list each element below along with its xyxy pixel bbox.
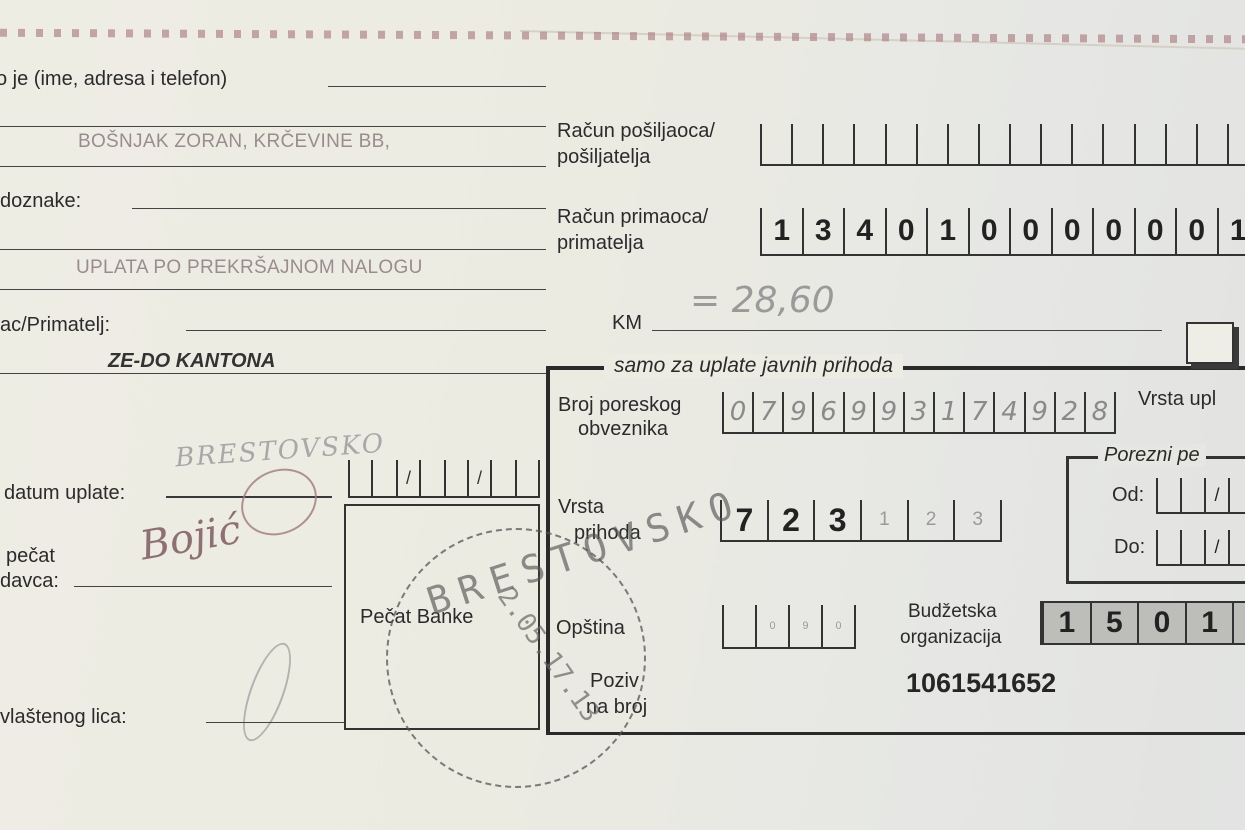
digit-cell: 3 (953, 500, 1002, 540)
tax-period-from-label: Od: (1112, 484, 1144, 507)
purpose-line-3 (0, 289, 546, 290)
digit-cell: 1 (926, 208, 968, 254)
payment-date-label: datum uplate: (4, 482, 125, 505)
digit-cell: 8 (1084, 392, 1116, 432)
recipient-line (186, 330, 546, 331)
digit-cell: 3 (903, 392, 933, 432)
stamp-line (74, 586, 332, 587)
digit-cell: 7 (963, 392, 993, 432)
digit-cell (822, 124, 853, 164)
digit-cell: 9 (1024, 392, 1054, 432)
tax-id-boxes[interactable]: 0796993174928 (722, 392, 1116, 434)
sender-account-label-1: Račun pošiljaoca/ (557, 120, 715, 143)
reference-number[interactable]: 1061541652 (906, 668, 1056, 699)
digit-cell (1134, 124, 1165, 164)
digit-cell: 9 (873, 392, 903, 432)
budget-org-label-2: organizacija (900, 627, 1001, 649)
tax-period-to-boxes[interactable]: / (1156, 530, 1245, 566)
digit-cell (853, 124, 884, 164)
tax-period-from-boxes[interactable]: / (1156, 478, 1245, 514)
digit-cell (1196, 124, 1227, 164)
digit-cell: 9 (843, 392, 873, 432)
digit-cell: 2 (1054, 392, 1084, 432)
digit-cell: 0 (1009, 208, 1051, 254)
sender-account-boxes[interactable] (760, 124, 1245, 166)
digit-cell: 4 (843, 208, 885, 254)
sender-line-2 (0, 126, 546, 127)
pen-mark (233, 637, 301, 746)
digit-cell (978, 124, 1009, 164)
digit-cell: 3 (813, 500, 860, 540)
budget-org-label-1: Budžetska (908, 601, 997, 623)
digit-cell: 1 (1185, 603, 1233, 643)
digit-cell: 1 (760, 208, 802, 254)
digit-cell: 0 (968, 208, 1010, 254)
tax-id-label-2: obveznika (578, 418, 668, 441)
digit-cell (1165, 124, 1196, 164)
digit-cell: 1 (933, 392, 963, 432)
sender-line-3 (0, 166, 546, 167)
recipient-line-2 (0, 373, 546, 374)
tax-period-to-label: Do: (1114, 536, 1145, 559)
digit-cell (916, 124, 947, 164)
digit-cell (722, 605, 755, 647)
sender-value[interactable]: BOŠNJAK ZORAN, KRČEVINE BB, (78, 131, 390, 153)
authorized-line (206, 722, 346, 723)
digit-cell (791, 124, 822, 164)
digit-cell: 3 (802, 208, 844, 254)
digit-cell (1040, 124, 1071, 164)
digit-cell (1009, 124, 1040, 164)
urgent-checkbox[interactable] (1186, 322, 1234, 364)
digit-cell: 4 (993, 392, 1023, 432)
signature-loop (230, 457, 328, 548)
recipient-value[interactable]: ZE-DO KANTONA (108, 350, 275, 373)
digit-cell: 0 (1232, 603, 1245, 643)
payment-date-boxes[interactable]: / / (348, 460, 540, 498)
sender-label: o je (ime, adresa i telefon) (0, 68, 227, 91)
digit-cell (1071, 124, 1102, 164)
digit-cell: 0 (821, 605, 856, 647)
revenue-type-label-1: Vrsta (558, 496, 604, 519)
recipient-account-label-1: Račun primaoca/ (557, 206, 708, 229)
revenue-type-boxes[interactable]: 723123 (720, 500, 1002, 542)
digit-cell (947, 124, 978, 164)
digit-cell: 7 (752, 392, 782, 432)
digit-cell: 0 (1175, 208, 1217, 254)
sender-account-label-2: pošiljatelja (557, 146, 650, 169)
digit-cell: 0 (885, 208, 927, 254)
public-revenue-title: samo za uplate javnih prihoda (604, 354, 903, 378)
amount-line (652, 330, 1162, 331)
digit-cell (1102, 124, 1133, 164)
sender-line (328, 86, 546, 87)
digit-cell (760, 124, 791, 164)
digit-cell: 1 (1217, 208, 1245, 254)
purpose-label: doznake: (0, 190, 81, 213)
signature: Bojić (137, 507, 245, 570)
tax-id-label-1: Broj poreskog (558, 394, 681, 417)
digit-cell: 6 (812, 392, 842, 432)
digit-cell: 5 (1090, 603, 1138, 643)
digit-cell: 9 (782, 392, 812, 432)
payment-type-label: Vrsta upl (1138, 388, 1216, 411)
digit-cell: 0 (722, 392, 752, 432)
purpose-line-2 (0, 249, 546, 250)
digit-cell: 1 (860, 500, 907, 540)
digit-cell: 0 (1051, 208, 1093, 254)
amount-value[interactable]: = 28,60 (690, 280, 835, 321)
authorized-label: vlaštenog lica: (0, 706, 127, 729)
digit-cell (1227, 124, 1245, 164)
digit-cell: 1 (1042, 603, 1090, 643)
recipient-label: ac/Primatelj: (0, 314, 110, 337)
digit-cell: 2 (907, 500, 954, 540)
digit-cell: 0 (1137, 603, 1185, 643)
tax-period-title: Porezni pe (1098, 444, 1206, 467)
digit-cell: 0 (1134, 208, 1176, 254)
budget-org-boxes[interactable]: 15010 (1040, 601, 1245, 645)
amount-currency-label: KM (612, 312, 642, 335)
recipient-account-label-2: primatelja (557, 232, 644, 255)
recipient-account-boxes[interactable]: 134010000001 (760, 208, 1245, 256)
purpose-value[interactable]: UPLATA PO PREKRŠAJNOM NALOGU (76, 257, 423, 279)
digit-cell: 2 (767, 500, 814, 540)
stamp-label-2: davca: (0, 570, 59, 593)
stamp-label-1: pečat (6, 545, 55, 568)
digit-cell (885, 124, 916, 164)
purpose-line (132, 208, 546, 209)
digit-cell: 9 (788, 605, 821, 647)
digit-cell: 0 (1092, 208, 1134, 254)
digit-cell: 0 (755, 605, 788, 647)
municipality-boxes[interactable]: 090 (722, 605, 856, 649)
